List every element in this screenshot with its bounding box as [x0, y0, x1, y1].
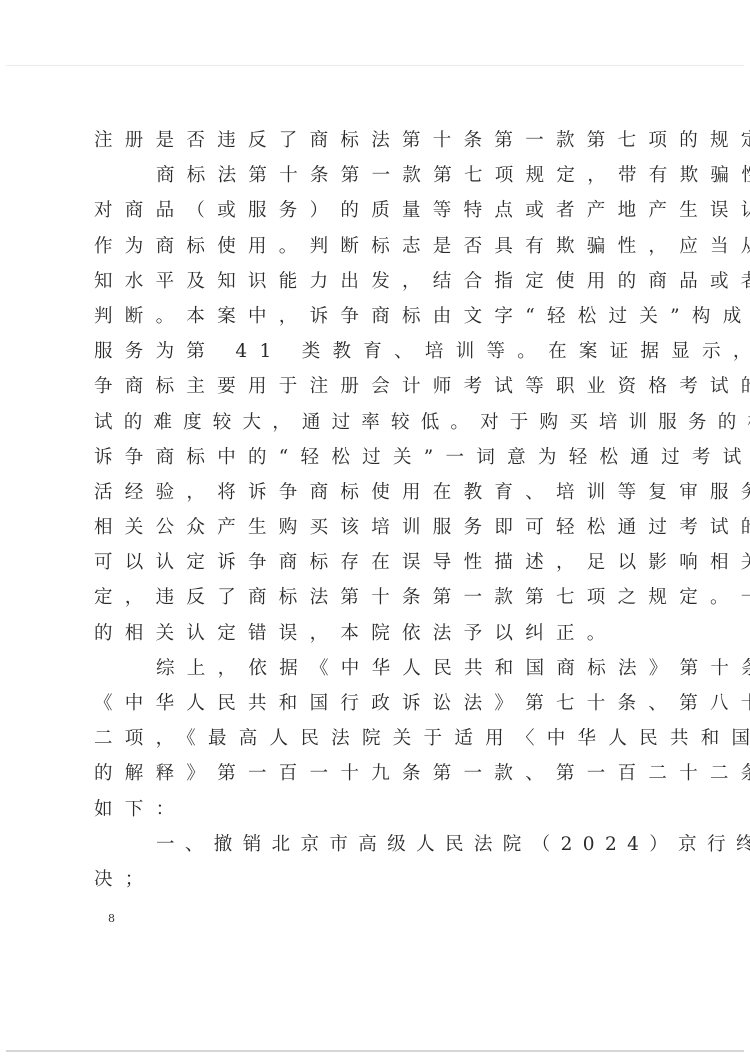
- page-number: 8: [108, 912, 115, 925]
- paragraph-start-line: 综上，依据《中华人民共和国商标法》第十条第一款第七项，: [94, 651, 656, 686]
- text-line: 注册是否违反了商标法第十条第一款第七项的规定。: [94, 123, 656, 158]
- text-segment: 服务为第 41 类教育、培训等。在案证据显示，: [94, 341, 750, 362]
- paragraph-start-line: 商标法第十条第一款第七项规定，带有欺骗性，容易使公众: [94, 158, 656, 193]
- bottom-scan-edge: [6, 1050, 744, 1052]
- text-line-with-redaction: 服务为第 41 类教育、培训等。在案证据显示，公司将诉: [94, 334, 656, 369]
- text-line: 如下：: [94, 792, 656, 827]
- text-line: 决；: [94, 862, 656, 897]
- text-line: 作为商标使用。判断标志是否具有欺骗性，应当从相关公众的认: [94, 229, 656, 264]
- text-line: 对商品（或服务）的质量等特点或者产地产生误认的标志，不得: [94, 193, 656, 228]
- top-scan-edge: [6, 65, 744, 66]
- text-line: 的相关认定错误，本院依法予以纠正。: [94, 616, 656, 651]
- judgment-item-line: 一、撤销北京市高级人民法院（2024）京行终 6011 号行政判: [94, 827, 656, 862]
- document-page-body: 注册是否违反了商标法第十条第一款第七项的规定。 商标法第十条第一款第七项规定，带…: [94, 123, 656, 897]
- text-line: 《中华人民共和国行政诉讼法》第七十条、第八十九条第一款第: [94, 686, 656, 721]
- text-line: 定，违反了商标法第十条第一款第七项之规定。一审、二审判决: [94, 580, 656, 615]
- text-line: 诉争商标中的“轻松过关”一词意为轻松通过考试，根据日常生: [94, 440, 656, 475]
- text-line: 试的难度较大，通过率较低。对于购买培训服务的相关公众而言，: [94, 405, 656, 440]
- text-line: 知水平及知识能力出发，结合指定使用的商品或者服务进行审查: [94, 264, 656, 299]
- text-line: 活经验，将诉争商标使用在教育、培训等复审服务上，势必会使: [94, 475, 656, 510]
- text-line: 的解释》第一百一十九条第一款、第一百二十二条之规定，判决: [94, 756, 656, 791]
- text-line: 可以认定诉争商标存在误导性描述，足以影响相关公众的购买决: [94, 545, 656, 580]
- text-line: 二项，《最高人民法院关于适用〈中华人民共和国行政诉讼法〉: [94, 721, 656, 756]
- text-line: 判断。本案中，诉争商标由文字“轻松过关”构成，核定使用的: [94, 299, 656, 334]
- text-line: 相关公众产生购买该培训服务即可轻松通过考试的联想。因此，: [94, 510, 656, 545]
- text-line: 争商标主要用于注册会计师考试等职业资格考试的培训，相关考: [94, 369, 656, 404]
